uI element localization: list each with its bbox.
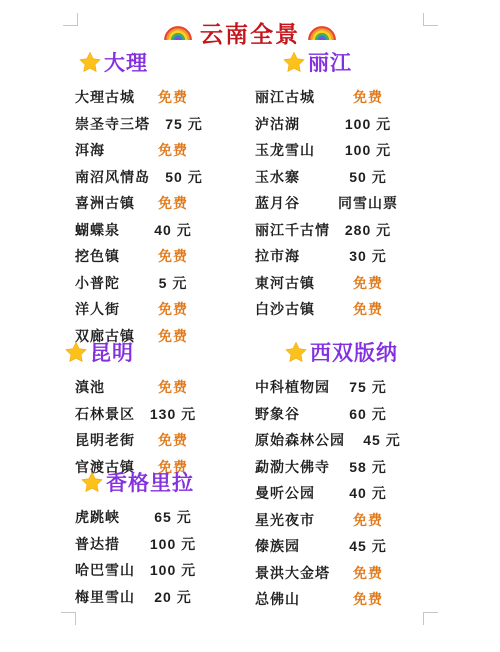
list-item: 崇圣寺三塔75 元 <box>75 111 218 138</box>
price-value: 65 元 <box>139 507 207 527</box>
price-value: 同雪山票 <box>331 193 405 213</box>
list-item: 小普陀5 元 <box>75 270 218 297</box>
attraction-name: 野象谷 <box>255 404 331 424</box>
price-value: 100 元 <box>139 560 207 580</box>
attraction-name: 崇圣寺三塔 <box>75 114 150 134</box>
attraction-name: 洋人街 <box>75 299 139 319</box>
star-icon <box>285 341 307 363</box>
attraction-name: 白沙古镇 <box>255 299 331 319</box>
section-header: 昆明 <box>65 336 207 368</box>
price-free-label: 免费 <box>331 299 405 319</box>
price-value: 280 元 <box>331 220 405 240</box>
list-item: 普达措100 元 <box>75 531 207 558</box>
attraction-name: 傣族园 <box>255 536 331 556</box>
list-item: 拉市海30 元 <box>255 243 405 270</box>
attraction-name: 昆明老街 <box>75 430 139 450</box>
list-item: 中科植物园75 元 <box>255 374 419 401</box>
list-item: 星光夜市免费 <box>255 507 419 534</box>
list-item: 滇池免费 <box>75 374 207 401</box>
attraction-name: 普达措 <box>75 534 139 554</box>
price-value: 40 元 <box>331 483 405 503</box>
list-item: 总佛山免费 <box>255 586 419 613</box>
attraction-name: 南沼风情岛 <box>75 167 150 187</box>
list-item: 蓝月谷同雪山票 <box>255 190 405 217</box>
list-item: 昆明老街免费 <box>75 427 207 454</box>
section-title: 大理 <box>104 47 148 77</box>
price-free-label: 免费 <box>139 430 207 450</box>
attraction-name: 喜洲古镇 <box>75 193 139 213</box>
section-items: 丽江古城免费泸沽湖100 元玉龙雪山100 元玉水寨50 元蓝月谷同雪山票丽江千… <box>255 84 405 323</box>
star-icon <box>81 471 103 493</box>
attraction-name: 原始森林公园 <box>255 430 345 450</box>
price-value: 100 元 <box>331 114 405 134</box>
list-item: 石林景区130 元 <box>75 401 207 428</box>
price-free-label: 免费 <box>331 87 405 107</box>
attraction-name: 总佛山 <box>255 589 331 609</box>
section-title: 昆明 <box>90 337 134 367</box>
list-item: 南沼风情岛50 元 <box>75 164 218 191</box>
list-item: 洱海免费 <box>75 137 218 164</box>
attraction-name: 勐泐大佛寺 <box>255 457 331 477</box>
attraction-name: 丽江千古情 <box>255 220 331 240</box>
section-title: 西双版纳 <box>310 337 398 367</box>
price-value: 50 元 <box>331 167 405 187</box>
section-title: 丽江 <box>308 47 352 77</box>
price-value: 45 元 <box>345 430 419 450</box>
price-value: 20 元 <box>139 587 207 607</box>
price-value: 45 元 <box>331 536 405 556</box>
attraction-name: 虎跳峡 <box>75 507 139 527</box>
attraction-name: 梅里雪山 <box>75 587 139 607</box>
attraction-name: 星光夜市 <box>255 510 331 530</box>
section-lijiang: 丽江 丽江古城免费泸沽湖100 元玉龙雪山100 元玉水寨50 元蓝月谷同雪山票… <box>255 46 405 323</box>
price-value: 60 元 <box>331 404 405 424</box>
list-item: 原始森林公园45 元 <box>255 427 419 454</box>
attraction-name: 小普陀 <box>75 273 139 293</box>
section-dali: 大理 大理古城免费崇圣寺三塔75 元洱海免费南沼风情岛50 元喜洲古镇免费蝴蝶泉… <box>75 46 218 349</box>
section-header: 大理 <box>79 46 218 78</box>
price-free-label: 免费 <box>139 87 207 107</box>
list-item: 曼听公园40 元 <box>255 480 419 507</box>
list-item: 哈巴雪山100 元 <box>75 557 207 584</box>
attraction-name: 滇池 <box>75 377 139 397</box>
price-free-label: 免费 <box>139 377 207 397</box>
list-item: 東河古镇免费 <box>255 270 405 297</box>
price-value: 75 元 <box>150 114 218 134</box>
star-icon <box>79 51 101 73</box>
list-item: 景洪大金塔免费 <box>255 560 419 587</box>
document-page: 云南全景 大理 大理古城免费崇圣寺三塔75 元洱海免费南沼风情岛50 元喜洲古镇… <box>0 0 500 652</box>
price-value: 130 元 <box>139 404 207 424</box>
list-item: 泸沽湖100 元 <box>255 111 405 138</box>
price-value: 75 元 <box>331 377 405 397</box>
list-item: 丽江千古情280 元 <box>255 217 405 244</box>
price-value: 5 元 <box>139 273 207 293</box>
attraction-name: 曼听公园 <box>255 483 331 503</box>
section-shangrila: 香格里拉 虎跳峡65 元普达措100 元哈巴雪山100 元梅里雪山20 元 <box>75 466 207 610</box>
attraction-name: 挖色镇 <box>75 246 139 266</box>
attraction-name: 丽江古城 <box>255 87 331 107</box>
price-free-label: 免费 <box>331 589 405 609</box>
list-item: 白沙古镇免费 <box>255 296 405 323</box>
price-value: 50 元 <box>150 167 218 187</box>
price-value: 40 元 <box>139 220 207 240</box>
attraction-name: 蝴蝶泉 <box>75 220 139 240</box>
price-value: 100 元 <box>139 534 207 554</box>
section-kunming: 昆明 滇池免费石林景区130 元昆明老街免费官渡古镇免费 <box>75 336 207 480</box>
list-item: 勐泐大佛寺58 元 <box>255 454 419 481</box>
attraction-name: 景洪大金塔 <box>255 563 331 583</box>
section-header: 西双版纳 <box>285 336 419 368</box>
price-free-label: 免费 <box>331 563 405 583</box>
list-item: 喜洲古镇免费 <box>75 190 218 217</box>
list-item: 梅里雪山20 元 <box>75 584 207 611</box>
section-xishuangbanna: 西双版纳 中科植物园75 元野象谷60 元原始森林公园45 元勐泐大佛寺58 元… <box>255 336 419 613</box>
section-items: 滇池免费石林景区130 元昆明老街免费官渡古镇免费 <box>75 374 207 480</box>
attraction-name: 哈巴雪山 <box>75 560 139 580</box>
section-items: 大理古城免费崇圣寺三塔75 元洱海免费南沼风情岛50 元喜洲古镇免费蝴蝶泉40 … <box>75 84 218 349</box>
price-value: 100 元 <box>331 140 405 160</box>
price-free-label: 免费 <box>139 246 207 266</box>
section-title: 香格里拉 <box>106 467 194 497</box>
section-items: 中科植物园75 元野象谷60 元原始森林公园45 元勐泐大佛寺58 元曼听公园4… <box>255 374 419 613</box>
attraction-name: 洱海 <box>75 140 139 160</box>
list-item: 玉水寨50 元 <box>255 164 405 191</box>
attraction-name: 石林景区 <box>75 404 139 424</box>
price-free-label: 免费 <box>139 299 207 319</box>
list-item: 大理古城免费 <box>75 84 218 111</box>
list-item: 丽江古城免费 <box>255 84 405 111</box>
attraction-name: 大理古城 <box>75 87 139 107</box>
list-item: 挖色镇免费 <box>75 243 218 270</box>
section-header: 香格里拉 <box>81 466 207 498</box>
section-header: 丽江 <box>283 46 405 78</box>
star-icon <box>65 341 87 363</box>
crop-mark-bottom-right <box>423 612 438 625</box>
list-item: 玉龙雪山100 元 <box>255 137 405 164</box>
page-title-row: 云南全景 <box>0 16 500 49</box>
list-item: 虎跳峡65 元 <box>75 504 207 531</box>
attraction-name: 玉龙雪山 <box>255 140 331 160</box>
attraction-name: 中科植物园 <box>255 377 331 397</box>
list-item: 野象谷60 元 <box>255 401 419 428</box>
price-free-label: 免费 <box>139 193 207 213</box>
list-item: 洋人街免费 <box>75 296 218 323</box>
rainbow-icon <box>163 23 193 42</box>
price-free-label: 免费 <box>139 140 207 160</box>
attraction-name: 蓝月谷 <box>255 193 331 213</box>
section-items: 虎跳峡65 元普达措100 元哈巴雪山100 元梅里雪山20 元 <box>75 504 207 610</box>
rainbow-icon <box>307 23 337 42</box>
list-item: 蝴蝶泉40 元 <box>75 217 218 244</box>
price-value: 58 元 <box>331 457 405 477</box>
price-free-label: 免费 <box>331 273 405 293</box>
star-icon <box>283 51 305 73</box>
attraction-name: 東河古镇 <box>255 273 331 293</box>
attraction-name: 玉水寨 <box>255 167 331 187</box>
price-value: 30 元 <box>331 246 405 266</box>
page-title: 云南全景 <box>200 16 300 49</box>
attraction-name: 泸沽湖 <box>255 114 331 134</box>
crop-mark-bottom-left <box>61 612 76 625</box>
list-item: 傣族园45 元 <box>255 533 419 560</box>
price-free-label: 免费 <box>331 510 405 530</box>
attraction-name: 拉市海 <box>255 246 331 266</box>
